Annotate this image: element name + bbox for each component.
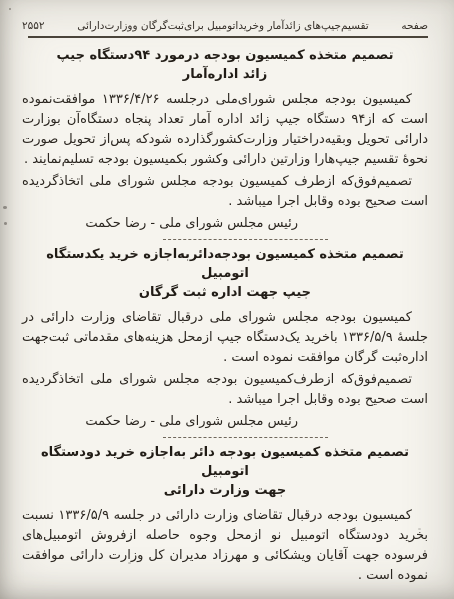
page-number: ۲۵۵۲ [22,20,45,32]
section-1-title-line2: زائد اداره‌آمار [183,67,267,82]
section-3-title: تصمیم متخذه کمیسیون بودجه دائر به‌اجازه … [22,443,428,500]
scan-speck [128,562,131,564]
resolution-section-1: تصمیم متخذه کمیسیون بودجه درمورد ۹۴دستگا… [22,46,428,234]
section-2-signature: رئیس مجلس شورای ملی - رضا حکمت [22,412,428,432]
resolution-section-2: تصمیم متخذه کمیسیون بودجه‌دائربه‌اجازه خ… [22,245,428,432]
section-2-title-line2: جیپ جهت اداره ثبت گرگان [139,285,311,300]
section-3-title-line2: جهت وزارت دارائی [164,483,286,498]
section-2-paragraph-1: کمیسیون بودجه مجلس شورای ملی درقبال تقاض… [22,308,428,368]
section-divider-1 [163,239,328,240]
section-3-title-line1: تصمیم متخذه کمیسیون بودجه دائر به‌اجازه … [41,445,409,479]
page-label: صفحه [401,20,428,32]
header-title: تقسیم‌جیپ‌های زائدآمار وخریداتومبیل برای… [53,20,394,32]
header-rule [28,36,428,38]
section-divider-2 [163,437,328,438]
section-2-title: تصمیم متخذه کمیسیون بودجه‌دائربه‌اجازه خ… [22,245,428,302]
scan-speck [3,206,7,209]
page-header: صفحه تقسیم‌جیپ‌های زائدآمار وخریداتومبیل… [22,20,428,32]
scan-speck [4,222,7,225]
section-1-signature: رئیس مجلس شورای ملی - رضا حکمت [22,214,428,234]
section-1-paragraph-2: تصمیم‌فوق‌که ازطرف کمیسیون بودجه مجلس شو… [22,172,428,212]
section-2-paragraph-2: تصمیم‌فوق‌که ازطرف‌کمیسیون بودجه مجلس شو… [22,370,428,410]
section-3-paragraph-1: کمیسیون بودجه درقبال تقاضای وزارت دارائی… [22,506,428,586]
scan-speck [418,528,421,530]
section-1-paragraph-1: کمیسیون بودجه مجلس شورای‌ملی درجلسه ۱۳۳۶… [22,90,428,170]
section-1-title-line1: تصمیم متخذه کمیسیون بودجه درمورد ۹۴دستگا… [57,48,394,63]
resolution-section-3: تصمیم متخذه کمیسیون بودجه دائر به‌اجازه … [22,443,428,586]
section-2-title-line1: تصمیم متخذه کمیسیون بودجه‌دائربه‌اجازه خ… [46,247,404,281]
document-page: صفحه تقسیم‌جیپ‌های زائدآمار وخریداتومبیل… [0,0,454,599]
section-1-title: تصمیم متخذه کمیسیون بودجه درمورد ۹۴دستگا… [22,46,428,84]
scan-speck [9,8,11,10]
